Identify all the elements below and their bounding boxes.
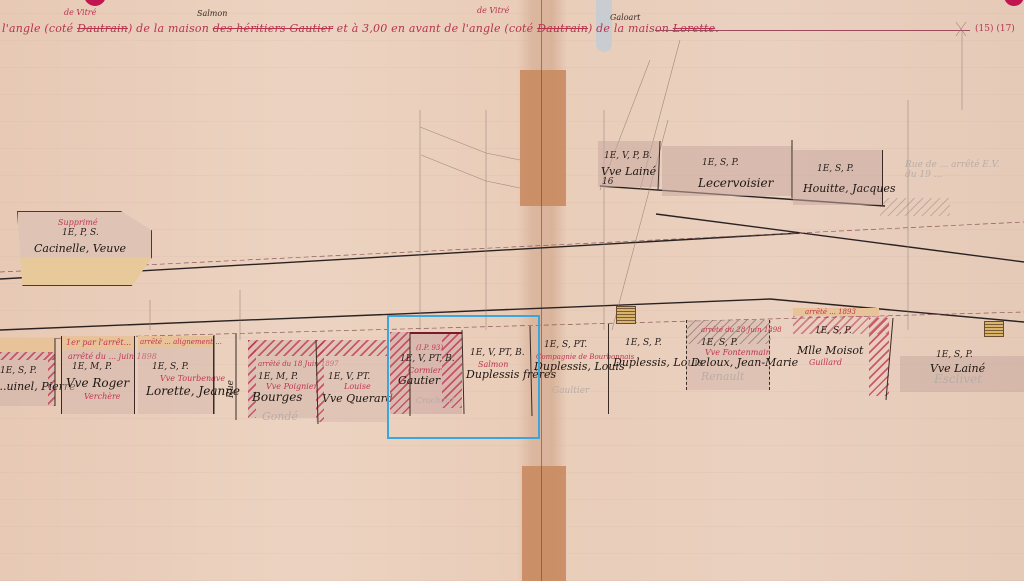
selection-highlight-box[interactable] — [387, 315, 540, 439]
parcel-boundaries — [0, 0, 1024, 581]
